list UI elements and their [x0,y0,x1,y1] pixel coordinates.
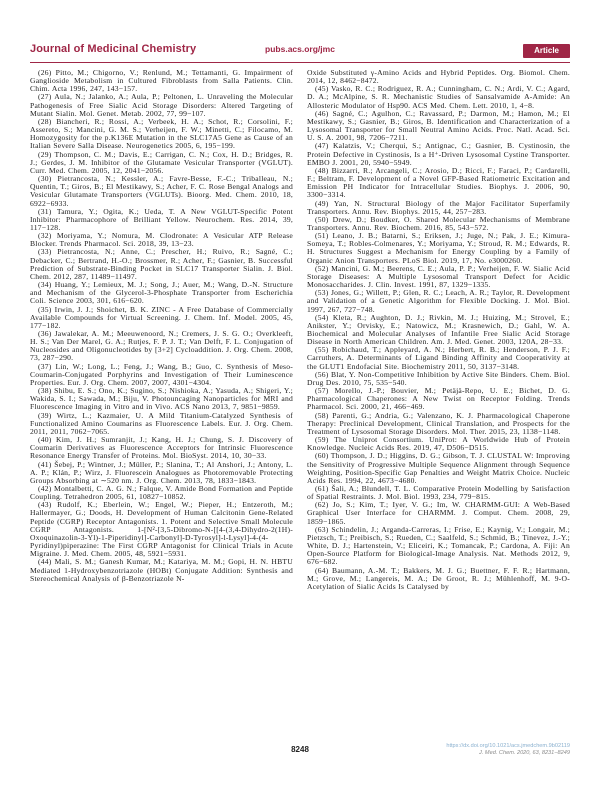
reference-entry: (61) Šali, A.; Blundell, T. L. Comparati… [307,485,570,501]
reference-entry: (35) Irwin, J. J.; Shoichet, B. K. ZINC … [30,306,293,330]
reference-entry: (42) Montalbetti, C. A. G. N.; Falque, V… [30,485,293,501]
reference-entry: (26) Pitto, M.; Chigorno, V.; Renlund, M… [30,69,293,93]
reference-entry: (29) Thompson, C. M.; Davis, E.; Carriga… [30,151,293,175]
footer-citation-block: https://dx.doi.org/10.1021/acs.jmedchem.… [446,743,570,757]
reference-entry: Oxide Substituted γ-Amino Acids and Hybr… [307,69,570,85]
reference-entry: (31) Tamura, Y.; Ogita, K.; Ueda, T. A N… [30,208,293,232]
reference-entry: (57) Morello, J.-P.; Bouvier, M.; Petäjä… [307,387,570,411]
journal-title: Journal of Medicinal Chemistry [30,43,210,55]
reference-entry: (59) The Uniprot Consortium. UniProt: A … [307,436,570,452]
reference-entry: (27) Aula, N.; Jalanko, A.; Aula, P.; Pe… [30,93,293,117]
reference-entry: (58) Parenti, G.; Andria, G.; Valenzano,… [307,412,570,436]
reference-entry: (41) Šebej, P.; Wintner, J.; Müller, P.;… [30,461,293,485]
reference-entry: (39) Wirtz, L.; Kazmaier, U. A Mild Tita… [30,412,293,436]
reference-entry: (54) Kleta, R.; Aughton, D. J.; Rivkin, … [307,314,570,347]
doi-link[interactable]: https://dx.doi.org/10.1021/acs.jmedchem.… [446,743,570,750]
reference-entry: (52) Mancini, G. M.; Beerens, C. E.; Aul… [307,265,570,289]
journal-url-link[interactable]: pubs.acs.org/jmc [210,44,390,54]
reference-entry: (56) Blat, Y. Non-Competitive Inhibition… [307,371,570,387]
reference-entry: (53) Jones, G.; Willett, P.; Glen, R. C.… [307,289,570,313]
references-column-right: Oxide Substituted γ-Amino Acids and Hybr… [307,69,570,705]
reference-entry: (46) Sagné, C.; Agulhon, C.; Ravassard, … [307,110,570,143]
reference-entry: (50) Drew, D.; Boudker, O. Shared Molecu… [307,216,570,232]
reference-entry: (44) Mali, S. M.; Ganesh Kumar, M.; Kata… [30,558,293,582]
article-type-badge: Article [523,44,570,58]
reference-entry: (51) Leano, J. B.; Batarni, S.; Eriksen,… [307,232,570,265]
page-footer: 8248 https://dx.doi.org/10.1021/acs.jmed… [30,743,570,761]
reference-entry: (37) Lin, W.; Long, L.; Feng, J.; Wang, … [30,363,293,387]
reference-entry: (60) Thompson, J. D.; Higgins, D. G.; Gi… [307,452,570,485]
reference-entry: (49) Yan, N. Structural Biology of the M… [307,200,570,216]
page-header: Journal of Medicinal Chemistry pubs.acs.… [30,40,570,63]
reference-entry: (38) Shibu, E. S.; Ono, K.; Sugino, S.; … [30,387,293,411]
references-section: (26) Pitto, M.; Chigorno, V.; Renlund, M… [30,69,570,705]
reference-entry: (28) Biancheri, R.; Rossi, A.; Verbeek, … [30,118,293,151]
reference-entry: (47) Kalatzis, V.; Cherqui, S.; Antignac… [307,142,570,166]
reference-entry: (55) Robichaud, T.; Appleyard, A. N.; He… [307,346,570,370]
reference-entry: (36) Jawalekar, A. M.; Meeuwenoord, N.; … [30,330,293,363]
reference-entry: (63) Schindelin, J.; Arganda-Carreras, I… [307,526,570,567]
reference-entry: (62) Jo, S.; Kim, T.; Iyer, V. G.; Im, W… [307,501,570,525]
references-column-left: (26) Pitto, M.; Chigorno, V.; Renlund, M… [30,69,293,705]
reference-entry: (45) Vasko, R. C.; Rodriguez, R. A.; Cun… [307,85,570,109]
reference-entry: (32) Moriyama, Y.; Nomura, M. Clodronate… [30,232,293,248]
reference-entry: (43) Rudolf, K.; Eberlein, W.; Engel, W.… [30,501,293,558]
journal-page: Journal of Medicinal Chemistry pubs.acs.… [0,0,600,785]
badge-container: Article [390,40,570,58]
reference-entry: (48) Bizzarri, R.; Arcangeli, C.; Arosio… [307,167,570,200]
journal-citation: J. Med. Chem. 2020, 63, 8231−8249 [446,750,570,757]
reference-entry: (34) Huang, Y.; Lemieux, M. J.; Song, J.… [30,281,293,305]
reference-entry: (64) Baumann, A.-M. T.; Bakkers, M. J. G… [307,567,570,591]
reference-entry: (33) Pietrancosta, N.; Anne, C.; Presche… [30,248,293,281]
reference-entry: (40) Kim, J. H.; Sumranjit, J.; Kang, H.… [30,436,293,460]
reference-entry: (30) Pietrancosta, N.; Kessler, A.; Favr… [30,175,293,208]
